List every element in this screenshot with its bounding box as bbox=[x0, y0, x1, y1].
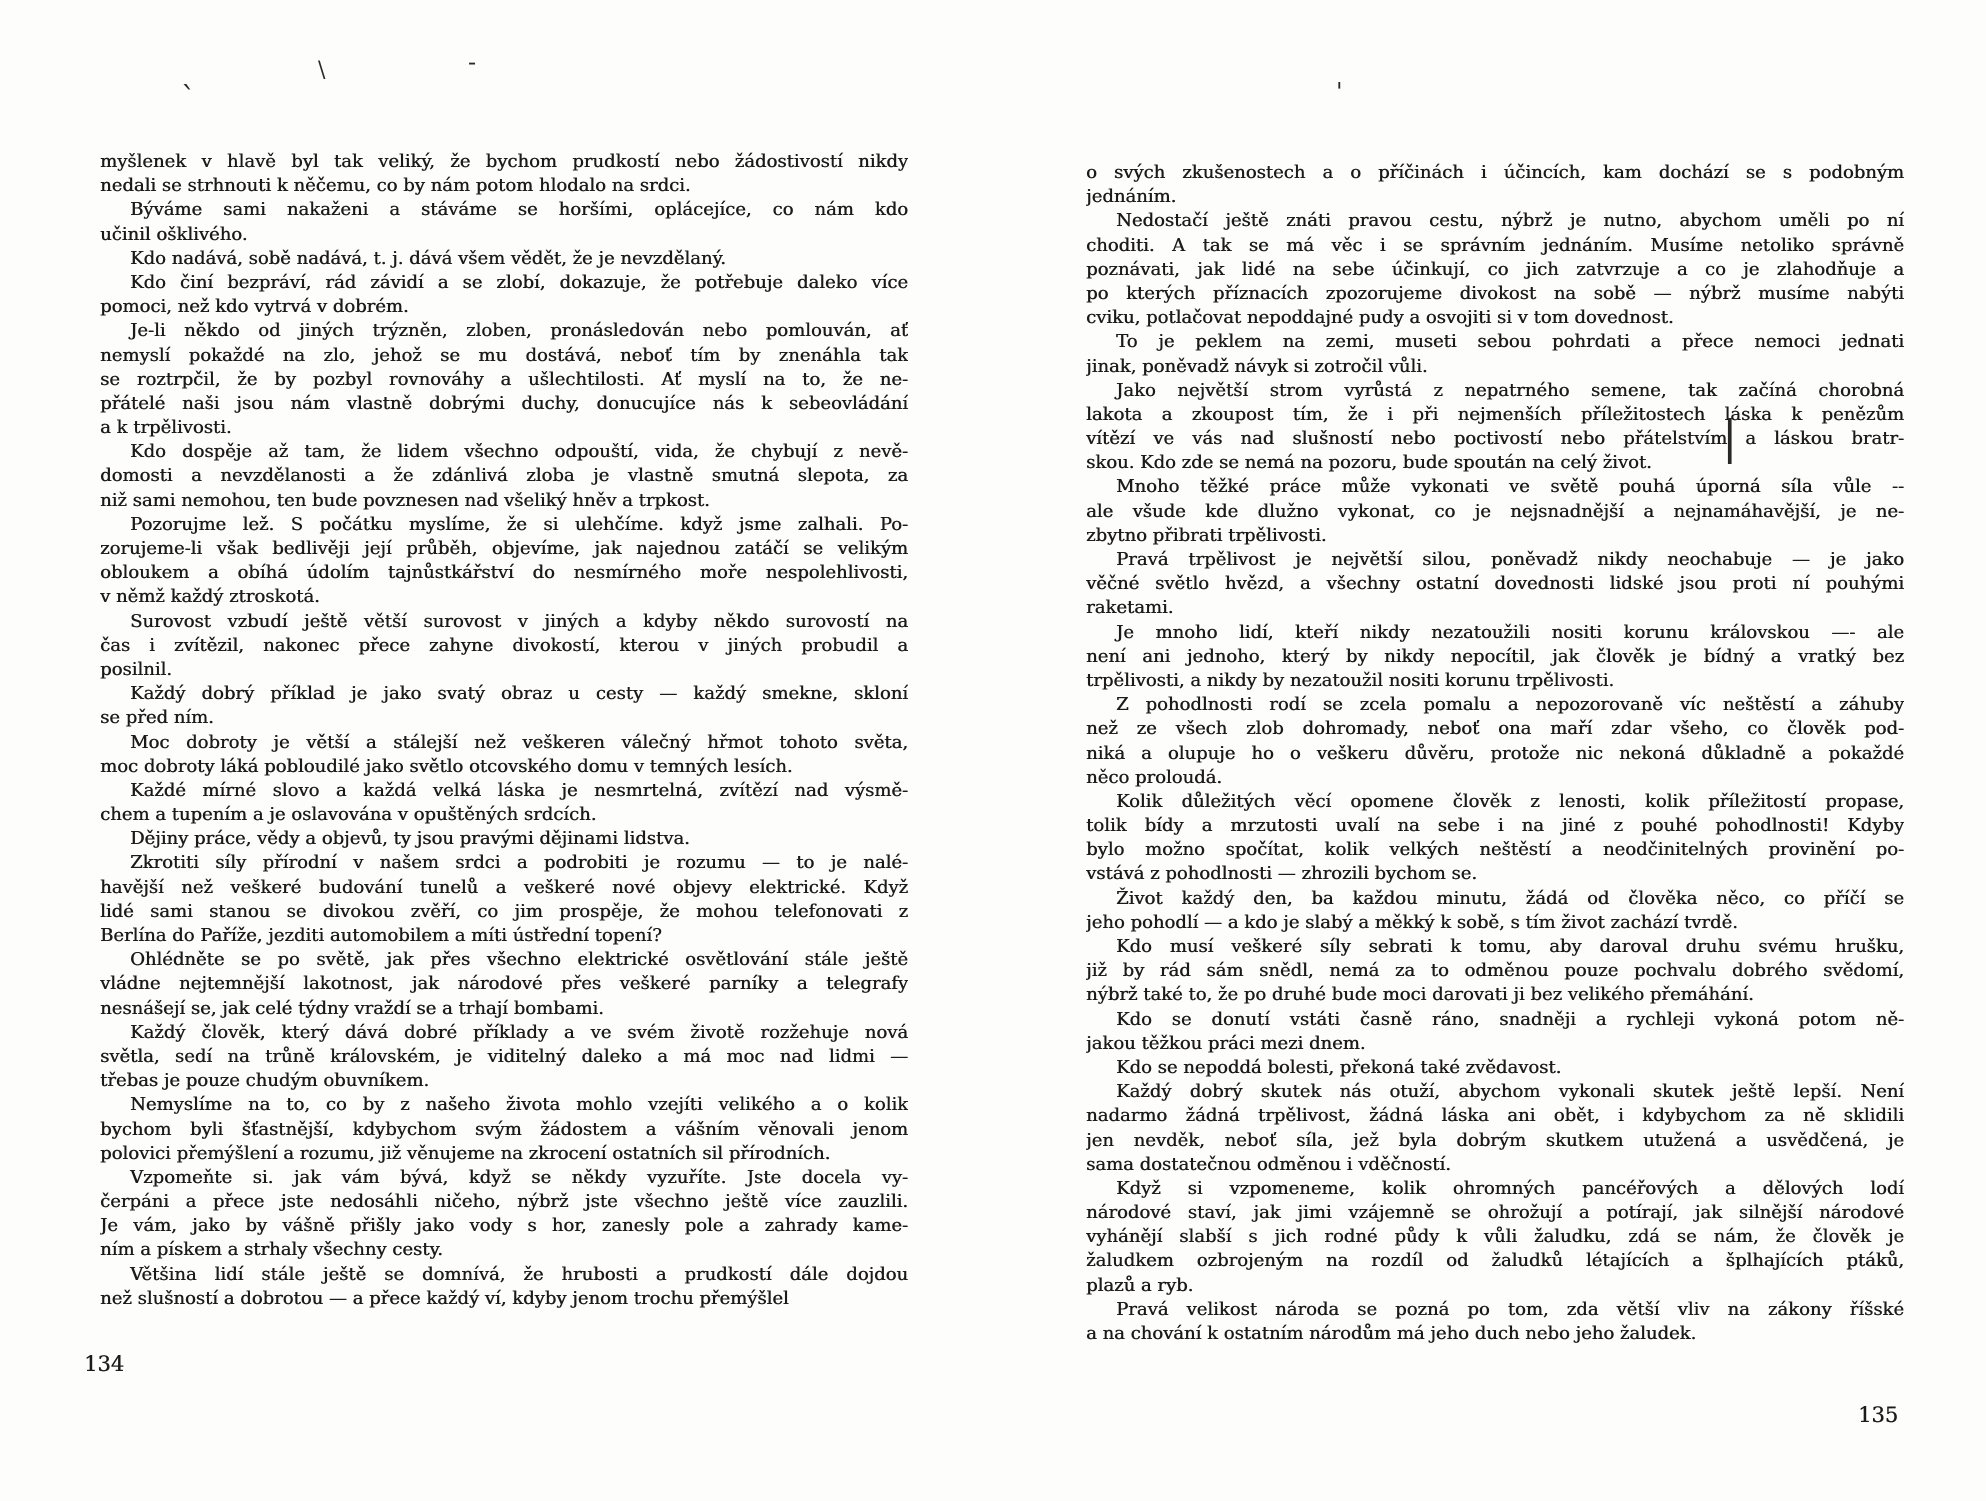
text-line: Kdo činí bezpráví, rád závidí a se zlobí… bbox=[100, 271, 908, 295]
text-line: Zkrotiti síly přírodní v našem srdci a p… bbox=[100, 851, 908, 875]
paragraph: Každý dobrý příklad je jako svatý obraz … bbox=[100, 682, 908, 730]
paragraph: Vzpomeňte si. jak vám bývá, když se někd… bbox=[100, 1166, 908, 1263]
text-line: vládne nejtemnější lakotnost, jak národo… bbox=[100, 972, 908, 996]
paragraph: Kdo se donutí vstáti časně ráno, snadněj… bbox=[1086, 1008, 1904, 1056]
text-line: a na chování k ostatním národům má jeho … bbox=[1086, 1322, 1904, 1346]
paragraph: Kdo činí bezpráví, rád závidí a se zlobí… bbox=[100, 271, 908, 319]
text-line: Většina lidí stále ještě se domnívá, že … bbox=[100, 1263, 908, 1287]
text-line: Vzpomeňte si. jak vám bývá, když se někd… bbox=[100, 1166, 908, 1190]
text-line: Pozorujme lež. S počátku myslíme, že si … bbox=[100, 513, 908, 537]
text-line: učinil ošklivého. bbox=[100, 223, 908, 247]
paragraph: Život každý den, ba každou minutu, žádá … bbox=[1086, 887, 1904, 935]
text-line: Nemyslíme na to, co by z našeho života m… bbox=[100, 1093, 908, 1117]
text-line: se před ním. bbox=[100, 706, 908, 730]
text-line: polovici přemýšlení a rozumu, již věnuje… bbox=[100, 1142, 908, 1166]
text-line: národové staví, jak jimi vzájemně se ohr… bbox=[1086, 1201, 1904, 1225]
text-line: než ze všech zlob dohromady, neboť ona m… bbox=[1086, 717, 1904, 741]
text-line: nadarmo žádná trpělivost, žádná láska an… bbox=[1086, 1104, 1904, 1128]
text-line: po kterých příznacích zpozorujeme divoko… bbox=[1086, 282, 1904, 306]
text-line: Býváme sami nakaženi a stáváme se horším… bbox=[100, 198, 908, 222]
text-line: čas i zvítězil, nakonec přece zahyne div… bbox=[100, 634, 908, 658]
text-line: niž sami nemohou, ten bude povznesen nad… bbox=[100, 489, 908, 513]
text-line: Když si vzpomeneme, kolik ohromných panc… bbox=[1086, 1177, 1904, 1201]
text-line: Život každý den, ba každou minutu, žádá … bbox=[1086, 887, 1904, 911]
paragraph: Mnoho těžké práce může vykonati ve světě… bbox=[1086, 475, 1904, 548]
text-line: Pravá trpělivost je největší silou, poně… bbox=[1086, 548, 1904, 572]
text-line: posilnil. bbox=[100, 658, 908, 682]
paragraph: Každý dobrý skutek nás otuží, abychom vy… bbox=[1086, 1080, 1904, 1177]
text-line: Každý dobrý skutek nás otuží, abychom vy… bbox=[1086, 1080, 1904, 1104]
text-line: zbytno přibrati trpělivosti. bbox=[1086, 524, 1904, 548]
text-line: vítězí ve vás nad slušností nebo poctivo… bbox=[1086, 427, 1904, 451]
text-line: Každé mírné slovo a každá velká láska je… bbox=[100, 779, 908, 803]
text-line: Kolik důležitých věcí opomene člověk z l… bbox=[1086, 790, 1904, 814]
page-number-right: 135 bbox=[1858, 1403, 1898, 1427]
paragraph: Býváme sami nakaženi a stáváme se horším… bbox=[100, 198, 908, 246]
text-line: ale všude kde dlužno vykonat, co je nejs… bbox=[1086, 500, 1904, 524]
text-line: Jako největší strom vyrůstá z nepatrného… bbox=[1086, 379, 1904, 403]
text-line: jinak, poněvadž návyk si zotročil vůli. bbox=[1086, 355, 1904, 379]
text-line: o svých zkušenostech a o příčinách i úči… bbox=[1086, 161, 1904, 185]
text-line: Je mnoho lidí, kteří nikdy nezatoužili n… bbox=[1086, 621, 1904, 645]
page-number-left: 134 bbox=[84, 1352, 124, 1376]
ink-mark: - bbox=[468, 50, 476, 74]
paragraph: Z pohodlnosti rodí se zcela pomalu a nep… bbox=[1086, 693, 1904, 790]
paragraph: Každé mírné slovo a každá velká láska je… bbox=[100, 779, 908, 827]
text-line: ním a pískem a strhaly všechny cesty. bbox=[100, 1238, 908, 1262]
paragraph: Ohlédněte se po světě, jak přes všechno … bbox=[100, 948, 908, 1021]
paragraph: o svých zkušenostech a o příčinách i úči… bbox=[1086, 161, 1904, 209]
text-line: Každý člověk, který dává dobré příklady … bbox=[100, 1021, 908, 1045]
ink-mark: ' bbox=[1336, 80, 1343, 104]
paragraph: Kdo musí veškeré síly sebrati k tomu, ab… bbox=[1086, 935, 1904, 1008]
text-line: jednáním. bbox=[1086, 185, 1904, 209]
text-line: cviku, potlačovat nepoddajné pudy a osvo… bbox=[1086, 306, 1904, 330]
text-line: jakou těžkou práci mezi dnem. bbox=[1086, 1032, 1904, 1056]
text-line: Kdo musí veškeré síly sebrati k tomu, ab… bbox=[1086, 935, 1904, 959]
paragraph: Zkrotiti síly přírodní v našem srdci a p… bbox=[100, 851, 908, 948]
text-line: bylo možno spočítat, kolik velkých neště… bbox=[1086, 838, 1904, 862]
text-line: přátelé naši jsou nám vlastně dobrými du… bbox=[100, 392, 908, 416]
text-line: obloukem a obíhá údolím tajnůstkářství d… bbox=[100, 561, 908, 585]
paragraph: Moc dobroty je větší a stálejší než vešk… bbox=[100, 731, 908, 779]
text-line: žaludkem ozbrojeným na rozdíl od žaludků… bbox=[1086, 1249, 1904, 1273]
paragraph: Jako největší strom vyrůstá z nepatrného… bbox=[1086, 379, 1904, 476]
text-line: nedali se strhnouti k něčemu, co by nám … bbox=[100, 174, 908, 198]
text-line: moc dobroty láká pobloudilé jako světlo … bbox=[100, 755, 908, 779]
ink-mark: \ bbox=[318, 60, 325, 82]
paragraph: Většina lidí stále ještě se domnívá, že … bbox=[100, 1263, 908, 1311]
text-line: Dějiny práce, vědy a objevů, ty jsou pra… bbox=[100, 827, 908, 851]
page-left-text-block: myšlenek v hlavě byl tak veliký, že bych… bbox=[100, 150, 908, 1311]
paragraph: Pozorujme lež. S počátku myslíme, že si … bbox=[100, 513, 908, 610]
text-line: Je vám, jako by vášně přišly jako vody s… bbox=[100, 1214, 908, 1238]
text-line: lidé sami stanou se divokou zvěří, co ji… bbox=[100, 900, 908, 924]
text-line: vstává z pohodlnosti — zhrozili bychom s… bbox=[1086, 862, 1904, 886]
text-line: jen nevděk, neboť síla, jež byla dobrým … bbox=[1086, 1129, 1904, 1153]
text-line: nemyslí pokaždé na zlo, jehož se mu dost… bbox=[100, 344, 908, 368]
text-line: se roztrpčil, že by pozbyl rovnováhy a u… bbox=[100, 368, 908, 392]
paragraph: Pravá trpělivost je největší silou, poně… bbox=[1086, 548, 1904, 621]
text-line: Kdo dospěje až tam, že lidem všechno odp… bbox=[100, 440, 908, 464]
page-right-text-block: o svých zkušenostech a o příčinách i úči… bbox=[1086, 161, 1904, 1346]
text-line: Z pohodlnosti rodí se zcela pomalu a nep… bbox=[1086, 693, 1904, 717]
text-line: věčné světlo hvězd, a všechny ostatní do… bbox=[1086, 572, 1904, 596]
paragraph: Kdo nadává, sobě nadává, t. j. dává všem… bbox=[100, 247, 908, 271]
text-line: Nedostačí ještě znáti pravou cestu, nýbr… bbox=[1086, 209, 1904, 233]
text-line: Moc dobroty je větší a stálejší než vešk… bbox=[100, 731, 908, 755]
text-line: havější než veškeré budování tunelů a ve… bbox=[100, 876, 908, 900]
text-line: jeho pohodlí — a kdo je slabý a měkký k … bbox=[1086, 911, 1904, 935]
text-line: tolik bídy a mrzutosti uvalí na sebe i n… bbox=[1086, 814, 1904, 838]
text-line: trpělivosti, a nikdy by nezatoužil nosit… bbox=[1086, 669, 1904, 693]
text-line: než slušností a dobrotou — a přece každý… bbox=[100, 1287, 908, 1311]
ink-mark: ` bbox=[181, 84, 196, 114]
text-line: vyhánějí slabší s jich rodné půdy k vůli… bbox=[1086, 1225, 1904, 1249]
paragraph: Je mnoho lidí, kteří nikdy nezatoužili n… bbox=[1086, 621, 1904, 694]
text-line: není ani jednoho, který by nikdy nepocít… bbox=[1086, 645, 1904, 669]
text-line: Kdo nadává, sobě nadává, t. j. dává všem… bbox=[100, 247, 908, 271]
text-line: již by rád sám snědl, nemá za to odměnou… bbox=[1086, 959, 1904, 983]
text-line: Je-li někdo od jiných trýzněn, zloben, p… bbox=[100, 319, 908, 343]
text-line: světla, sedí na trůně královském, je vid… bbox=[100, 1045, 908, 1069]
paragraph: Dějiny práce, vědy a objevů, ty jsou pra… bbox=[100, 827, 908, 851]
text-line: zorujeme-li však bedlivěji její průběh, … bbox=[100, 537, 908, 561]
paragraph: Surovost vzbudí ještě větší surovost v j… bbox=[100, 610, 908, 683]
text-line: bychom byli šťastnější, kdybychom svým ž… bbox=[100, 1118, 908, 1142]
text-line: Kdo se nepoddá bolesti, překoná také zvě… bbox=[1086, 1056, 1904, 1080]
paragraph: myšlenek v hlavě byl tak veliký, že bych… bbox=[100, 150, 908, 198]
paragraph: Kolik důležitých věcí opomene člověk z l… bbox=[1086, 790, 1904, 887]
text-line: třebas je pouze chudým obuvníkem. bbox=[100, 1069, 908, 1093]
text-line: Berlína do Paříže, jezditi automobilem a… bbox=[100, 924, 908, 948]
text-line: nesnášejí se, jak celé týdny vraždí se a… bbox=[100, 997, 908, 1021]
text-line: poznávati, jak lidé na sebe účinkují, co… bbox=[1086, 258, 1904, 282]
text-line: něco proloudá. bbox=[1086, 766, 1904, 790]
text-line: choditi. A tak se má věc i se správním j… bbox=[1086, 234, 1904, 258]
paragraph: Kdo se nepoddá bolesti, překoná také zvě… bbox=[1086, 1056, 1904, 1080]
paragraph: Je-li někdo od jiných trýzněn, zloben, p… bbox=[100, 319, 908, 440]
text-line: lakota a zkoupost tím, že i při nejmenší… bbox=[1086, 403, 1904, 427]
paragraph: To je peklem na zemi, museti sebou pohrd… bbox=[1086, 330, 1904, 378]
text-line: niká a olupuje ho o veškeru důvěru, prot… bbox=[1086, 742, 1904, 766]
text-line: raketami. bbox=[1086, 596, 1904, 620]
text-line: Ohlédněte se po světě, jak přes všechno … bbox=[100, 948, 908, 972]
text-line: Mnoho těžké práce může vykonati ve světě… bbox=[1086, 475, 1904, 499]
paragraph: Nedostačí ještě znáti pravou cestu, nýbr… bbox=[1086, 209, 1904, 330]
text-line: pomoci, než kdo vytrvá v dobrém. bbox=[100, 295, 908, 319]
paragraph: Když si vzpomeneme, kolik ohromných panc… bbox=[1086, 1177, 1904, 1298]
paragraph: Každý člověk, který dává dobré příklady … bbox=[100, 1021, 908, 1094]
text-line: čerpáni a přece jste nedosáhli ničeho, n… bbox=[100, 1190, 908, 1214]
text-line: chem a tupením a je oslavována v opuštěn… bbox=[100, 803, 908, 827]
text-line: sama dostatečnou odměnou i vděčností. bbox=[1086, 1153, 1904, 1177]
text-line: v němž každý ztroskotá. bbox=[100, 585, 908, 609]
text-line: Kdo se donutí vstáti časně ráno, snadněj… bbox=[1086, 1008, 1904, 1032]
text-line: myšlenek v hlavě byl tak veliký, že bych… bbox=[100, 150, 908, 174]
paragraph: Nemyslíme na to, co by z našeho života m… bbox=[100, 1093, 908, 1166]
text-line: plazů a ryb. bbox=[1086, 1274, 1904, 1298]
text-line: skou. Kdo zde se nemá na pozoru, bude sp… bbox=[1086, 451, 1904, 475]
text-line: To je peklem na zemi, museti sebou pohrd… bbox=[1086, 330, 1904, 354]
paragraph: Pravá velikost národa se pozná po tom, z… bbox=[1086, 1298, 1904, 1346]
text-line: Surovost vzbudí ještě větší surovost v j… bbox=[100, 610, 908, 634]
paragraph: Kdo dospěje až tam, že lidem všechno odp… bbox=[100, 440, 908, 513]
text-line: Každý dobrý příklad je jako svatý obraz … bbox=[100, 682, 908, 706]
text-line: a k trpělivosti. bbox=[100, 416, 908, 440]
text-line: domosti a nevzdělanosti a že zdánlivá zl… bbox=[100, 464, 908, 488]
text-line: nýbrž také to, že po druhé bude moci dar… bbox=[1086, 983, 1904, 1007]
text-line: Pravá velikost národa se pozná po tom, z… bbox=[1086, 1298, 1904, 1322]
